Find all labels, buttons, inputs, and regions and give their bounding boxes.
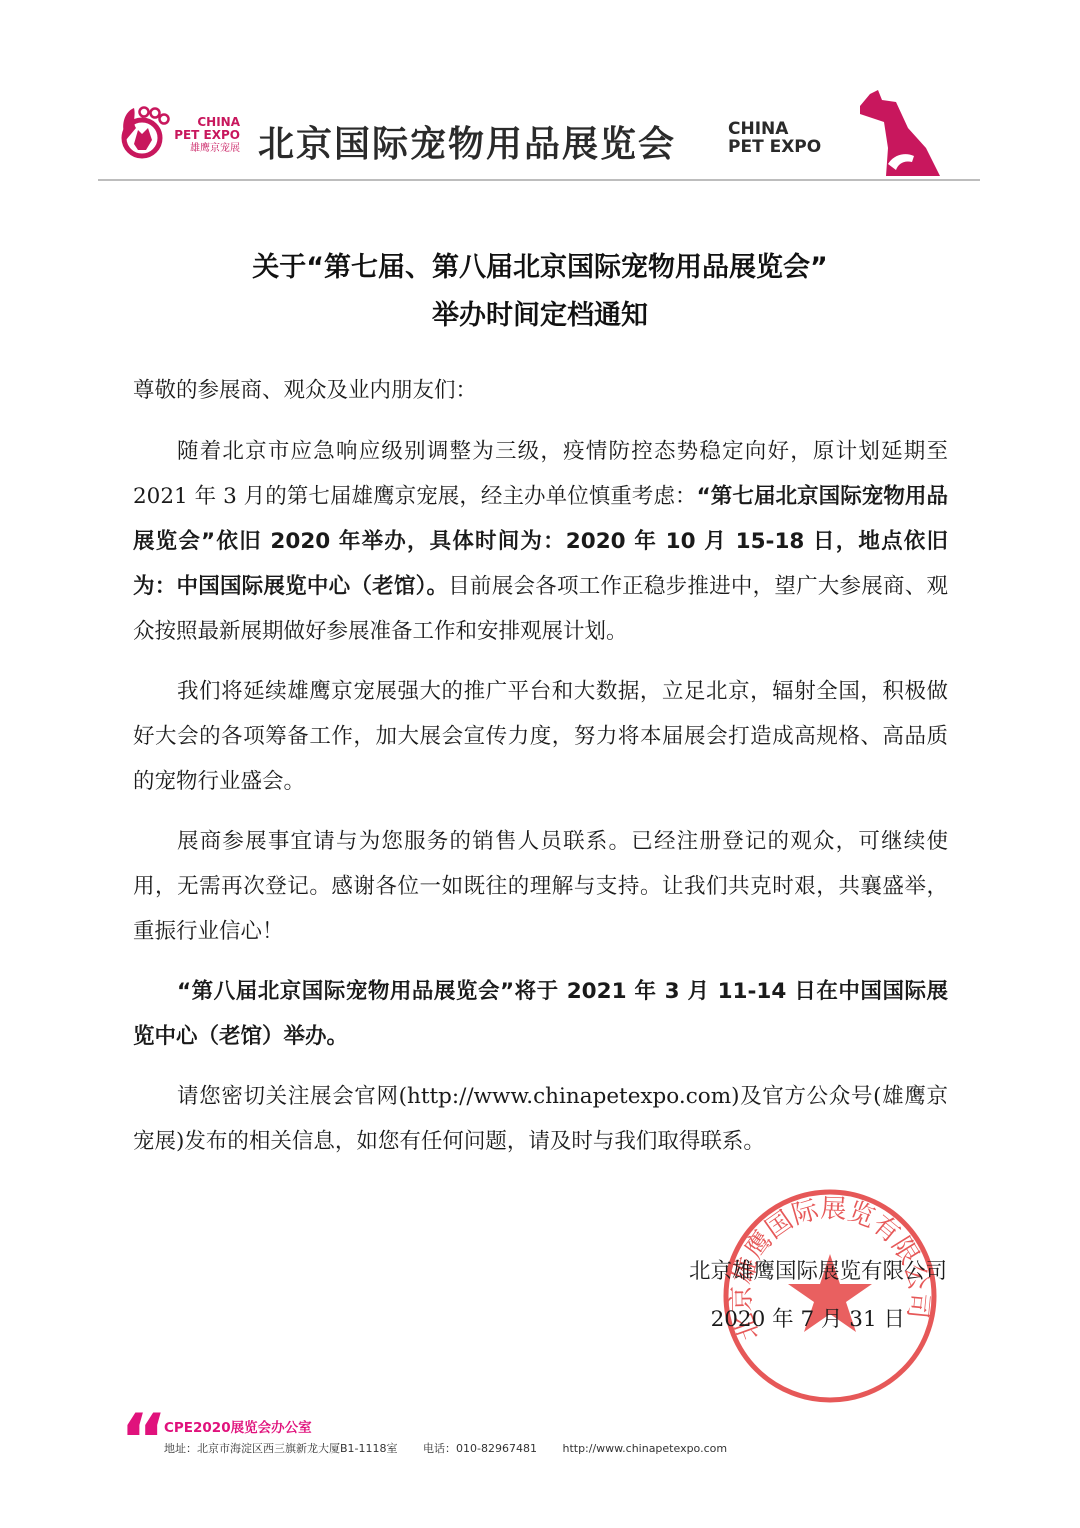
notice-title-line-2: 举办时间定档通知 bbox=[0, 292, 1080, 340]
footer-contact: “ CPE2020展览会办公室 地址：北京市海淀区西三旗新龙大厦B1-1118室… bbox=[120, 1414, 760, 1464]
salutation: 尊敬的参展商、观众及业内朋友们： bbox=[133, 368, 948, 413]
notice-body: 尊敬的参展商、观众及业内朋友们： 随着北京市应急响应级别调整为三级，疫情防控态势… bbox=[133, 368, 948, 1179]
signature-block: 北京雄鹰国际展览有限公司 2020 年 7 月 31 日 bbox=[689, 1248, 947, 1344]
logo-line-2: PET EXPO bbox=[174, 129, 240, 142]
header-divider bbox=[98, 179, 980, 181]
signature-company: 北京雄鹰国际展览有限公司 bbox=[689, 1248, 947, 1296]
footer-phone: 电话：010-82967481 bbox=[423, 1442, 537, 1455]
footer-address: 地址：北京市海淀区西三旗新龙大厦B1-1118室 bbox=[164, 1442, 398, 1455]
footer-info: 地址：北京市海淀区西三旗新龙大厦B1-1118室 电话：010-82967481… bbox=[164, 1440, 749, 1456]
logo-text: CHINA PET EXPO 雄鹰京宠展 bbox=[174, 116, 240, 155]
expo-title-en: CHINA PET EXPO bbox=[728, 120, 821, 156]
expo-title-en-line-1: CHINA bbox=[728, 120, 821, 138]
expo-title-cn: 北京国际宠物用品展览会 bbox=[258, 116, 676, 167]
paragraph-2: 我们将延续雄鹰京宠展强大的推广平台和大数据，立足北京，辐射全国，积极做好大会的各… bbox=[133, 669, 948, 804]
paragraph-3: 展商参展事宜请与为您服务的销售人员联系。已经注册登记的观众，可继续使用，无需再次… bbox=[133, 819, 948, 954]
china-pet-expo-logo: CHINA PET EXPO 雄鹰京宠展 bbox=[118, 100, 242, 162]
logo-line-3: 雄鹰京宠展 bbox=[174, 142, 240, 155]
notice-title: 关于“第七届、第八届北京国际宠物用品展览会” 举办时间定档通知 bbox=[0, 244, 1080, 340]
paragraph-1: 随着北京市应急响应级别调整为三级，疫情防控态势稳定向好，原计划延期至 2021 … bbox=[133, 429, 948, 654]
signature-date: 2020 年 7 月 31 日 bbox=[689, 1296, 947, 1344]
letterhead: CHINA PET EXPO 雄鹰京宠展 北京国际宠物用品展览会 CHINA P… bbox=[0, 0, 1080, 190]
footer-website-link[interactable]: http://www.chinapetexpo.com bbox=[562, 1442, 727, 1455]
paragraph-4: “第八届北京国际宠物用品展览会”将于 2021 年 3 月 11-14 日在中国… bbox=[133, 969, 948, 1059]
dog-silhouette-icon bbox=[856, 88, 942, 178]
quote-mark-icon: “ bbox=[120, 1404, 167, 1476]
paw-logo-icon bbox=[118, 100, 180, 162]
footer-office-title: CPE2020展览会办公室 bbox=[164, 1416, 312, 1436]
paragraph-5: 请您密切关注展会官网(http://www.chinapetexpo.com)及… bbox=[133, 1074, 948, 1164]
notice-title-line-1: 关于“第七届、第八届北京国际宠物用品展览会” bbox=[0, 244, 1080, 292]
expo-title-en-line-2: PET EXPO bbox=[728, 138, 821, 156]
